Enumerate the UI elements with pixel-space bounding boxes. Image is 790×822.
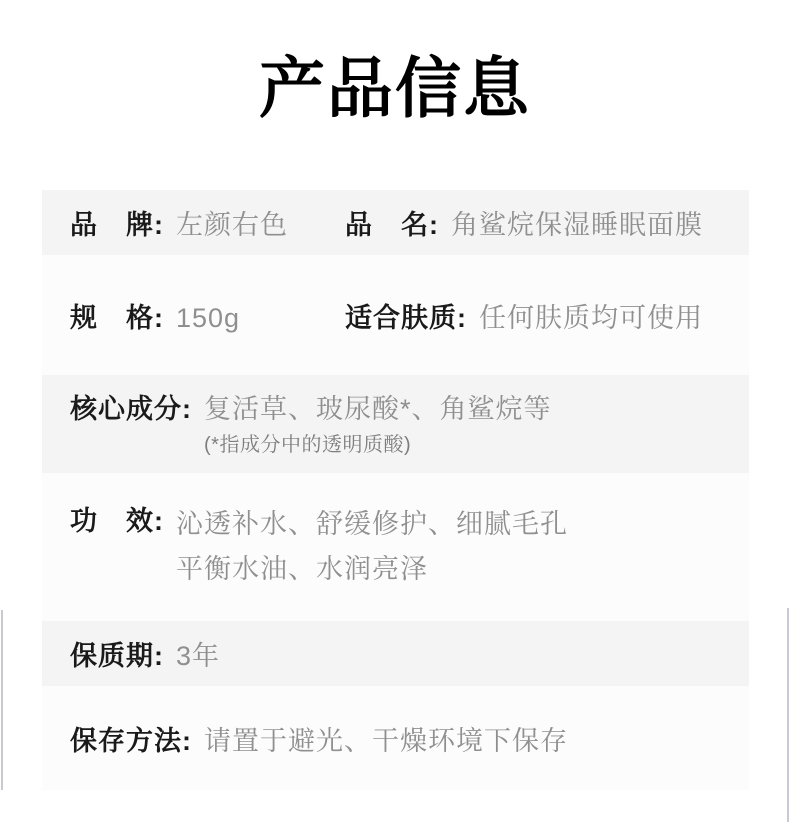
- effects-value-group: 沁透补水、舒缓修护、细腻毛孔 平衡水油、水润亮泽: [176, 502, 568, 592]
- effects-value-line-1: 沁透补水、舒缓修护、细腻毛孔: [176, 502, 568, 547]
- ingredients-cell: 核心成分: 复活草、玻尿酸*、角鲨烷等 (*指成分中的透明质酸): [70, 390, 552, 458]
- table-row-effects: 功 效: 沁透补水、舒缓修护、细腻毛孔 平衡水油、水润亮泽: [42, 473, 749, 621]
- shelf-life-value: 3年: [176, 634, 220, 673]
- brand-label: 品 牌:: [70, 203, 164, 242]
- shelf-life-cell: 保质期: 3年: [70, 634, 220, 673]
- ingredients-value: 复活草、玻尿酸*、角鲨烷等: [204, 390, 552, 428]
- product-name-value: 角鲨烷保湿睡眠面膜: [451, 203, 703, 242]
- table-row-brand-name: 品 牌: 左颜右色 品 名: 角鲨烷保湿睡眠面膜: [42, 190, 749, 255]
- product-info-sheet: 产品信息 品 牌: 左颜右色 品 名: 角鲨烷保湿睡眠面膜 规 格: 150g …: [0, 0, 790, 822]
- effects-label: 功 效:: [70, 502, 164, 540]
- skin-type-label: 适合肤质:: [345, 296, 467, 335]
- brand-value: 左颜右色: [176, 203, 288, 242]
- left-edge-line: [1, 610, 3, 790]
- product-info-table: 品 牌: 左颜右色 品 名: 角鲨烷保湿睡眠面膜 规 格: 150g 适合肤质:…: [42, 190, 749, 790]
- product-name-label: 品 名:: [345, 203, 439, 242]
- effects-cell: 功 效: 沁透补水、舒缓修护、细腻毛孔 平衡水油、水润亮泽: [70, 502, 568, 592]
- skin-type-cell: 适合肤质: 任何肤质均可使用: [345, 296, 703, 335]
- ingredients-note: (*指成分中的透明质酸): [204, 432, 552, 458]
- table-row-shelf-life: 保质期: 3年: [42, 621, 749, 686]
- storage-cell: 保存方法: 请置于避光、干燥环境下保存: [70, 719, 568, 758]
- table-row-storage: 保存方法: 请置于避光、干燥环境下保存: [42, 686, 749, 790]
- skin-type-value: 任何肤质均可使用: [479, 296, 703, 335]
- brand-cell: 品 牌: 左颜右色: [70, 203, 345, 242]
- effects-value-line-2: 平衡水油、水润亮泽: [176, 547, 568, 592]
- product-name-cell: 品 名: 角鲨烷保湿睡眠面膜: [345, 203, 703, 242]
- ingredients-value-group: 复活草、玻尿酸*、角鲨烷等 (*指成分中的透明质酸): [204, 390, 552, 458]
- table-row-ingredients: 核心成分: 复活草、玻尿酸*、角鲨烷等 (*指成分中的透明质酸): [42, 375, 749, 473]
- spec-value: 150g: [176, 303, 240, 334]
- spec-label: 规 格:: [70, 296, 164, 335]
- storage-label: 保存方法:: [70, 719, 192, 758]
- shelf-life-label: 保质期:: [70, 634, 164, 673]
- ingredients-label: 核心成分:: [70, 390, 192, 428]
- spec-cell: 规 格: 150g: [70, 296, 345, 335]
- right-edge-line: [787, 608, 789, 822]
- storage-value: 请置于避光、干燥环境下保存: [204, 719, 568, 758]
- page-title: 产品信息: [0, 48, 790, 128]
- table-row-spec-skin: 规 格: 150g 适合肤质: 任何肤质均可使用: [42, 255, 749, 375]
